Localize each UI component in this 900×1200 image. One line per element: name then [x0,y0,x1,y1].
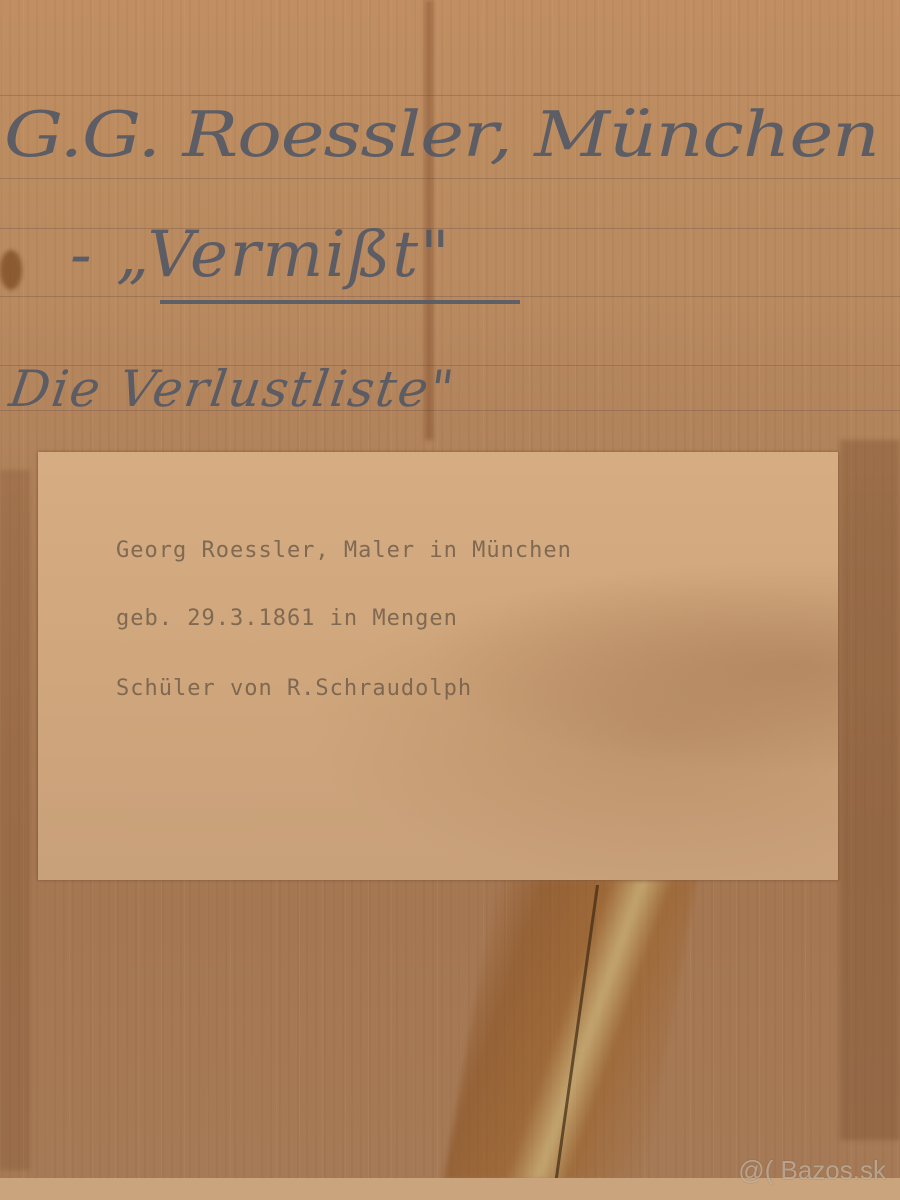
stain [0,250,22,290]
label-line-teacher: Schüler von R.Schraudolph [116,676,472,701]
label-line-name: Georg Roessler, Maler in München [116,538,572,563]
label-line-birth: geb. 29.3.1861 in Mengen [116,606,458,631]
wood-edge [840,440,900,1140]
wood-streak [444,880,697,1180]
wood-edge [0,470,30,1170]
title-underline [160,300,520,304]
ruled-line [0,95,900,96]
inscription-subtitle: Die Verlustliste" [6,360,459,418]
watermark: @( Bazos.sk [738,1155,886,1186]
typed-paper-label: Georg Roessler, Maler in München geb. 29… [38,452,838,880]
ruled-line [0,296,900,297]
inscription-title: - „Vermißt" [70,218,452,292]
inscription-artist: G.G. Roessler, München [4,98,879,171]
ruled-line [0,178,900,179]
wooden-panel-back: G.G. Roessler, München - „Vermißt" Die V… [0,0,900,1200]
